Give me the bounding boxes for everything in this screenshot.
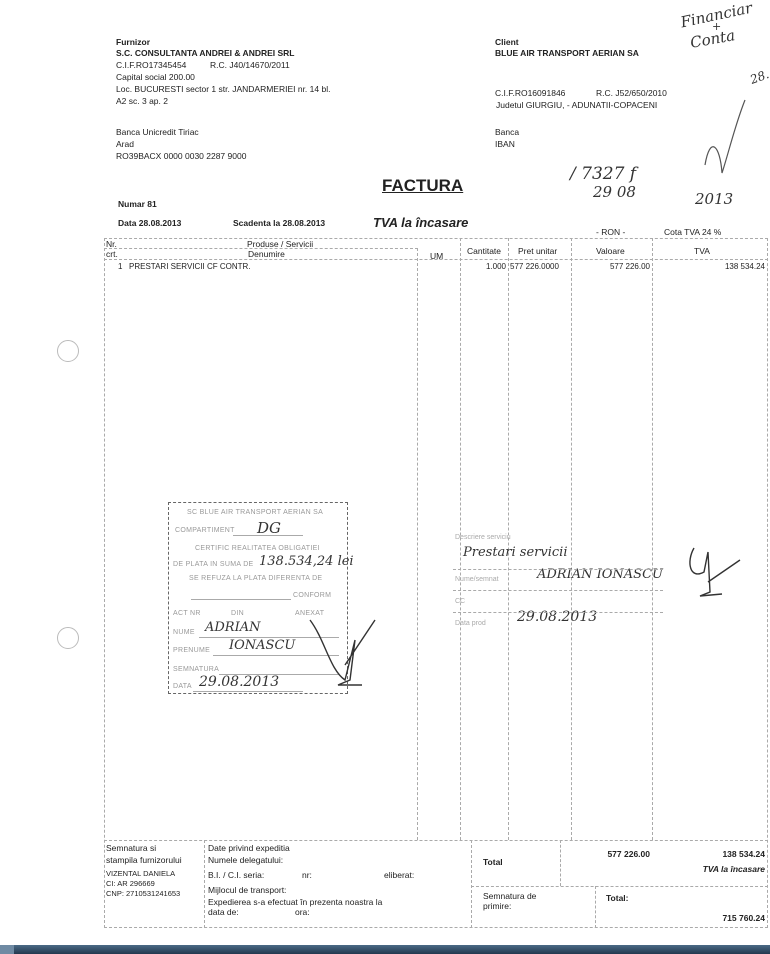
stamp-surname-label: PRENUME <box>173 647 210 654</box>
row-nr: 1 <box>118 261 122 272</box>
signature-icon <box>300 600 380 690</box>
footer-exp-nr: nr: <box>302 870 312 881</box>
punch-hole-icon <box>57 627 79 649</box>
client-address: Judetul GIURGIU, - ADUNATII-COPACENI <box>496 100 657 111</box>
header-crt: crt. <box>106 249 118 260</box>
stamp-department-label: COMPARTIMENT <box>175 527 235 534</box>
client-name: BLUE AIR TRANSPORT AERIAN SA <box>495 48 639 59</box>
client-label: Client <box>495 37 519 48</box>
footer-exp-date: data de: <box>208 907 239 918</box>
stamp-company: SC BLUE AIR TRANSPORT AERIAN SA <box>187 509 323 516</box>
client-rc: R.C. J52/650/2010 <box>596 88 667 99</box>
row-name: PRESTARI SERVICII CF CONTR. <box>129 261 251 272</box>
footer-total-value: 577 226.00 <box>562 849 650 860</box>
stamp-conform: CONFORM <box>293 592 331 599</box>
footer-total-label: Total <box>483 857 503 868</box>
stamp-din: DIN <box>231 610 244 617</box>
stamp-name-value: ADRIAN <box>205 620 261 635</box>
handwritten-note-date: 28. <box>748 67 770 87</box>
client-cif: C.I.F.RO16091846 <box>495 88 565 99</box>
invoice-vat-mode: TVA la încasare <box>373 215 468 230</box>
handwritten-scribble-icon <box>700 95 750 180</box>
invoice-number: Numar 81 <box>118 199 157 210</box>
header-qty: Cantitate <box>467 246 501 257</box>
handwritten-reg-date: 29 08 <box>593 183 636 201</box>
stamp-certify: CERTIFIC REALITATEA OBLIGATIEI <box>195 545 320 552</box>
supplier-rc: R.C. J40/14670/2011 <box>210 60 290 71</box>
supplier-label: Furnizor <box>116 37 150 48</box>
header-denumire: Denumire <box>248 249 285 260</box>
footer-exp-title: Date privind expeditia <box>208 843 290 854</box>
punch-hole-icon <box>57 340 79 362</box>
stamp2-desc-value: Prestari servicii <box>463 545 567 560</box>
stamp-date-label: DATA <box>173 683 192 690</box>
header-value: Valoare <box>596 246 625 257</box>
stamp-sum-value: 138.534,24 lei <box>259 554 354 569</box>
row-value: 577 226.00 <box>573 261 650 272</box>
footer-sig-label-1: Semnatura si <box>106 843 156 854</box>
footer-exp-transport: Mijlocul de transport: <box>208 885 286 896</box>
start-button[interactable] <box>0 945 14 954</box>
stamp-surname-value: IONASCU <box>229 638 295 653</box>
footer-sig-cnp: CNP: 2710531241653 <box>106 888 180 899</box>
invoice-date: Data 28.08.2013 <box>118 218 181 229</box>
supplier-bank: Banca Unicredit Tiriac <box>116 127 199 138</box>
invoice-vat-rate: Cota TVA 24 % <box>664 227 721 238</box>
stamp-signature-label: SEMNATURA <box>173 666 219 673</box>
supplier-iban: RO39BACX 0000 0030 2287 9000 <box>116 151 246 162</box>
row-vat: 138 534.24 <box>654 261 765 272</box>
stamp-act: ACT NR <box>173 610 201 617</box>
footer-grand-value: 715 760.24 <box>654 913 765 924</box>
footer-total-vat-mode: TVA la încasare <box>654 864 765 875</box>
supplier-address-2: A2 sc. 3 ap. 2 <box>116 96 168 107</box>
header-unit-price: Pret unitar <box>518 246 557 257</box>
stamp-refuse: SE REFUZA LA PLATA DIFERENTA DE <box>189 575 322 582</box>
stamp-date-value: 29.08.2013 <box>199 674 279 690</box>
client-iban: IBAN <box>495 139 515 150</box>
footer-exp-issued: eliberat: <box>384 870 414 881</box>
footer-exp-delegate: Numele delegatului: <box>208 855 283 866</box>
client-bank: Banca <box>495 127 519 138</box>
stamp-name-label: NUME <box>173 629 195 636</box>
stamp2-cc-label: CC <box>455 596 465 607</box>
supplier-cif: C.I.F.RO17345454 <box>116 60 186 71</box>
invoice-title: FACTURA <box>382 176 463 196</box>
footer-receipt-label-2: primire: <box>483 901 511 912</box>
footer-exp-time: ora: <box>295 907 310 918</box>
supplier-address-1: Loc. BUCURESTI sector 1 str. JANDARMERIE… <box>116 84 330 95</box>
header-um: UM <box>430 251 443 262</box>
handwritten-reg-number: / 7327 f <box>570 164 636 184</box>
stamp2-name-label: Nume/semnat <box>455 574 499 585</box>
stamp-sum-label: DE PLATA IN SUMA DE <box>173 561 254 568</box>
supplier-name: S.C. CONSULTANTA ANDREI & ANDREI SRL <box>116 48 295 59</box>
footer-grand-label: Total: <box>606 893 629 904</box>
supplier-bank-branch: Arad <box>116 139 134 150</box>
stamp2-date-label: Data prod <box>455 618 486 629</box>
handwritten-reg-year: 2013 <box>695 190 733 208</box>
taskbar <box>0 945 770 954</box>
row-unit-price: 577 226.0000 <box>510 261 559 272</box>
supplier-capital: Capital social 200.00 <box>116 72 195 83</box>
signature-icon <box>686 542 746 602</box>
header-vat: TVA <box>694 246 710 257</box>
invoice-due-date: Scadenta la 28.08.2013 <box>233 218 325 229</box>
handwritten-note-conta: Conta <box>689 26 737 52</box>
invoice-currency: - RON - <box>596 227 625 238</box>
footer-sig-label-2: stampila furnizorului <box>106 855 182 866</box>
footer-total-vat: 138 534.24 <box>654 849 765 860</box>
stamp2-desc-label: Descriere serviciu <box>455 532 511 543</box>
stamp-department-value: DG <box>257 519 281 537</box>
row-qty: 1.000 <box>462 261 506 272</box>
footer-exp-id: B.I. / C.I. seria: <box>208 870 264 881</box>
